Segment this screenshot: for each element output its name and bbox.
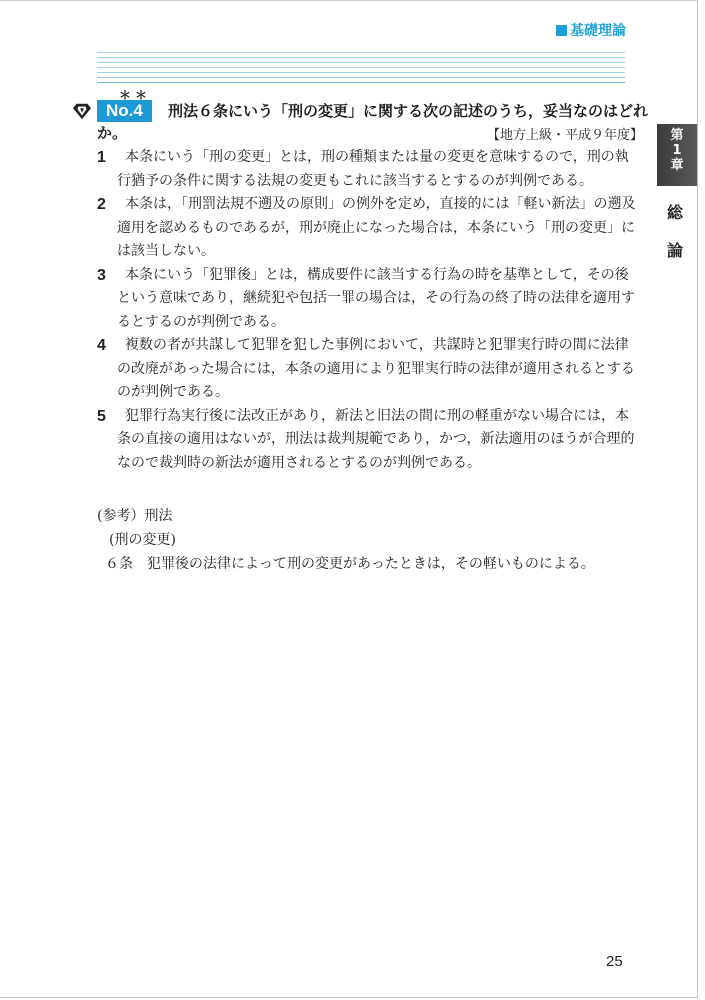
section-label: 基礎理論 — [556, 20, 626, 40]
choice-item: 4 複数の者が共謀して犯罪を犯した事例において，共謀時と犯罪実行時の間に法律の改… — [97, 334, 637, 405]
page-number: 25 — [606, 953, 623, 970]
reference-title: (参考）刑法 — [97, 504, 595, 528]
section-label-text: 基礎理論 — [570, 20, 626, 40]
chapter-title-char: 総 — [665, 194, 685, 232]
square-bullet-icon — [556, 25, 567, 36]
question-source: 【地方上級・平成９年度】 — [487, 124, 643, 143]
choice-text: 本条にいう「刑の変更」とは，刑の種類または量の変更を意味するので，刑の執行猶予の… — [117, 146, 637, 193]
reference-heading: (刑の変更) — [97, 528, 595, 552]
question-number-badge: No.4 — [97, 100, 152, 122]
decorative-rule-lines — [97, 52, 625, 86]
chapter-tab-char: 第 — [657, 128, 697, 143]
chapter-tab: 第 1 章 — [657, 124, 697, 186]
choice-number: 1 — [97, 146, 106, 170]
reference-article: ６条 犯罪後の法律によって刑の変更があったときは，その軽いものによる。 — [97, 552, 595, 576]
choice-text: 本条にいう「犯罪後」とは，構成要件に該当する行為の時を基準として，その後という意… — [117, 264, 637, 335]
question-text: 刑法６条にいう「刑の変更」に関する次の記述のうち，妥当なのはどれ — [168, 100, 648, 122]
choice-text: 犯罪行為実行後に法改正があり，新法と旧法の間に刑の軽重がない場合には，本条の直接… — [117, 405, 637, 476]
choice-number: 3 — [97, 264, 106, 288]
reference-block: (参考）刑法 (刑の変更) ６条 犯罪後の法律によって刑の変更があったときは，そ… — [97, 504, 595, 576]
chapter-title-char: 論 — [665, 232, 685, 270]
choice-number: 5 — [97, 405, 106, 429]
choice-item: 3 本条にいう「犯罪後」とは，構成要件に該当する行為の時を基準として，その後とい… — [97, 264, 637, 335]
choice-number: 4 — [97, 334, 106, 358]
choice-item: 1 本条にいう「刑の変更」とは，刑の種類または量の変更を意味するので，刑の執行猶… — [97, 146, 637, 193]
chapter-tab-char: 章 — [657, 158, 697, 173]
choice-number: 2 — [97, 193, 106, 217]
diamond-icon — [73, 102, 91, 120]
chapter-title: 総 論 — [665, 194, 685, 270]
choice-item: 2 本条は，「刑罰法規不遡及の原則」の例外を定め，直接的には「軽い新法」の遡及適… — [97, 193, 637, 264]
question-text-continued: か。 — [97, 122, 127, 144]
choice-item: 5 犯罪行為実行後に法改正があり，新法と旧法の間に刑の軽重がない場合には，本条の… — [97, 405, 637, 476]
choice-text: 本条は，「刑罰法規不遡及の原則」の例外を定め，直接的には「軽い新法」の遡及適用を… — [117, 193, 637, 264]
choice-text: 複数の者が共謀して犯罪を犯した事例において，共謀時と犯罪実行時の間に法律の改廃が… — [117, 334, 637, 405]
choice-list: 1 本条にいう「刑の変更」とは，刑の種類または量の変更を意味するので，刑の執行猶… — [97, 146, 637, 475]
chapter-tab-number: 1 — [657, 143, 697, 158]
